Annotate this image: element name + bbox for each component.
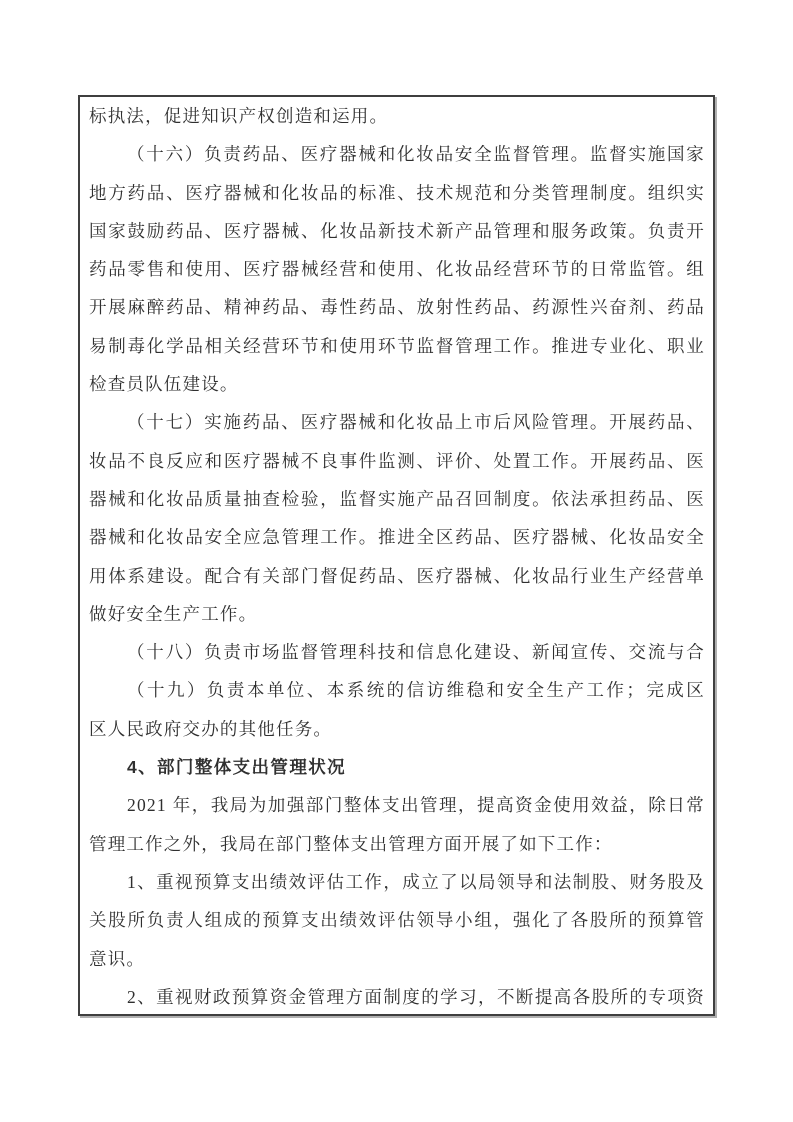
- text-line: 检查员队伍建设。: [89, 365, 705, 403]
- text-line: 用体系建设。配合有关部门督促药品、医疗器械、化妆品行业生产经营单位: [89, 557, 705, 595]
- text-line: 2、重视财政预算资金管理方面制度的学习，不断提高各股所的专项资金: [89, 978, 705, 1016]
- document-page: 标执法，促进知识产权创造和运用。（十六）负责药品、医疗器械和化妆品安全监督管理。…: [0, 0, 793, 1122]
- text-line: （十九）负责本单位、本系统的信访维稳和安全生产工作；完成区委、: [89, 671, 705, 709]
- page-border-frame: 标执法，促进知识产权创造和运用。（十六）负责药品、医疗器械和化妆品安全监督管理。…: [78, 95, 715, 1016]
- text-line: 关股所负责人组成的预算支出绩效评估领导小组，强化了各股所的预算管理: [89, 901, 705, 939]
- text-line: 器械和化妆品安全应急管理工作。推进全区药品、医疗器械、化妆品安全信: [89, 518, 705, 556]
- text-line: 标执法，促进知识产权创造和运用。: [89, 97, 705, 135]
- text-line: （十八）负责市场监督管理科技和信息化建设、新闻宣传、交流与合作。: [89, 633, 705, 671]
- text-line: 地方药品、医疗器械和化妆品的标准、技术规范和分类管理制度。组织实施: [89, 174, 705, 212]
- text-line: 做好安全生产工作。: [89, 595, 705, 633]
- text-line: （十六）负责药品、医疗器械和化妆品安全监督管理。监督实施国家和: [89, 135, 705, 173]
- text-line: 易制毒化学品相关经营环节和使用环节监督管理工作。推进专业化、职业化: [89, 327, 705, 365]
- text-line: 意识。: [89, 940, 705, 978]
- section-heading: 4、部门整体支出管理状况: [89, 748, 705, 786]
- text-line: 器械和化妆品质量抽查检验，监督实施产品召回制度。依法承担药品、医疗: [89, 480, 705, 518]
- text-line: 1、重视预算支出绩效评估工作，成立了以局领导和法制股、财务股及相: [89, 863, 705, 901]
- text-line: 妆品不良反应和医疗器械不良事件监测、评价、处置工作。开展药品、医疗: [89, 442, 705, 480]
- text-line: 2021 年，我局为加强部门整体支出管理，提高资金使用效益，除日常的: [89, 786, 705, 824]
- text-line: 区人民政府交办的其他任务。: [89, 710, 705, 748]
- text-line: （十七）实施药品、医疗器械和化妆品上市后风险管理。开展药品、化: [89, 403, 705, 441]
- text-line: 管理工作之外，我局在部门整体支出管理方面开展了如下工作：: [89, 825, 705, 863]
- text-line: 国家鼓励药品、医疗器械、化妆品新技术新产品管理和服务政策。负责开展: [89, 212, 705, 250]
- text-line: 开展麻醉药品、精神药品、毒性药品、放射性药品、药源性兴奋剂、药品类: [89, 288, 705, 326]
- text-line: 药品零售和使用、医疗器械经营和使用、化妆品经营环节的日常监管。组织: [89, 250, 705, 288]
